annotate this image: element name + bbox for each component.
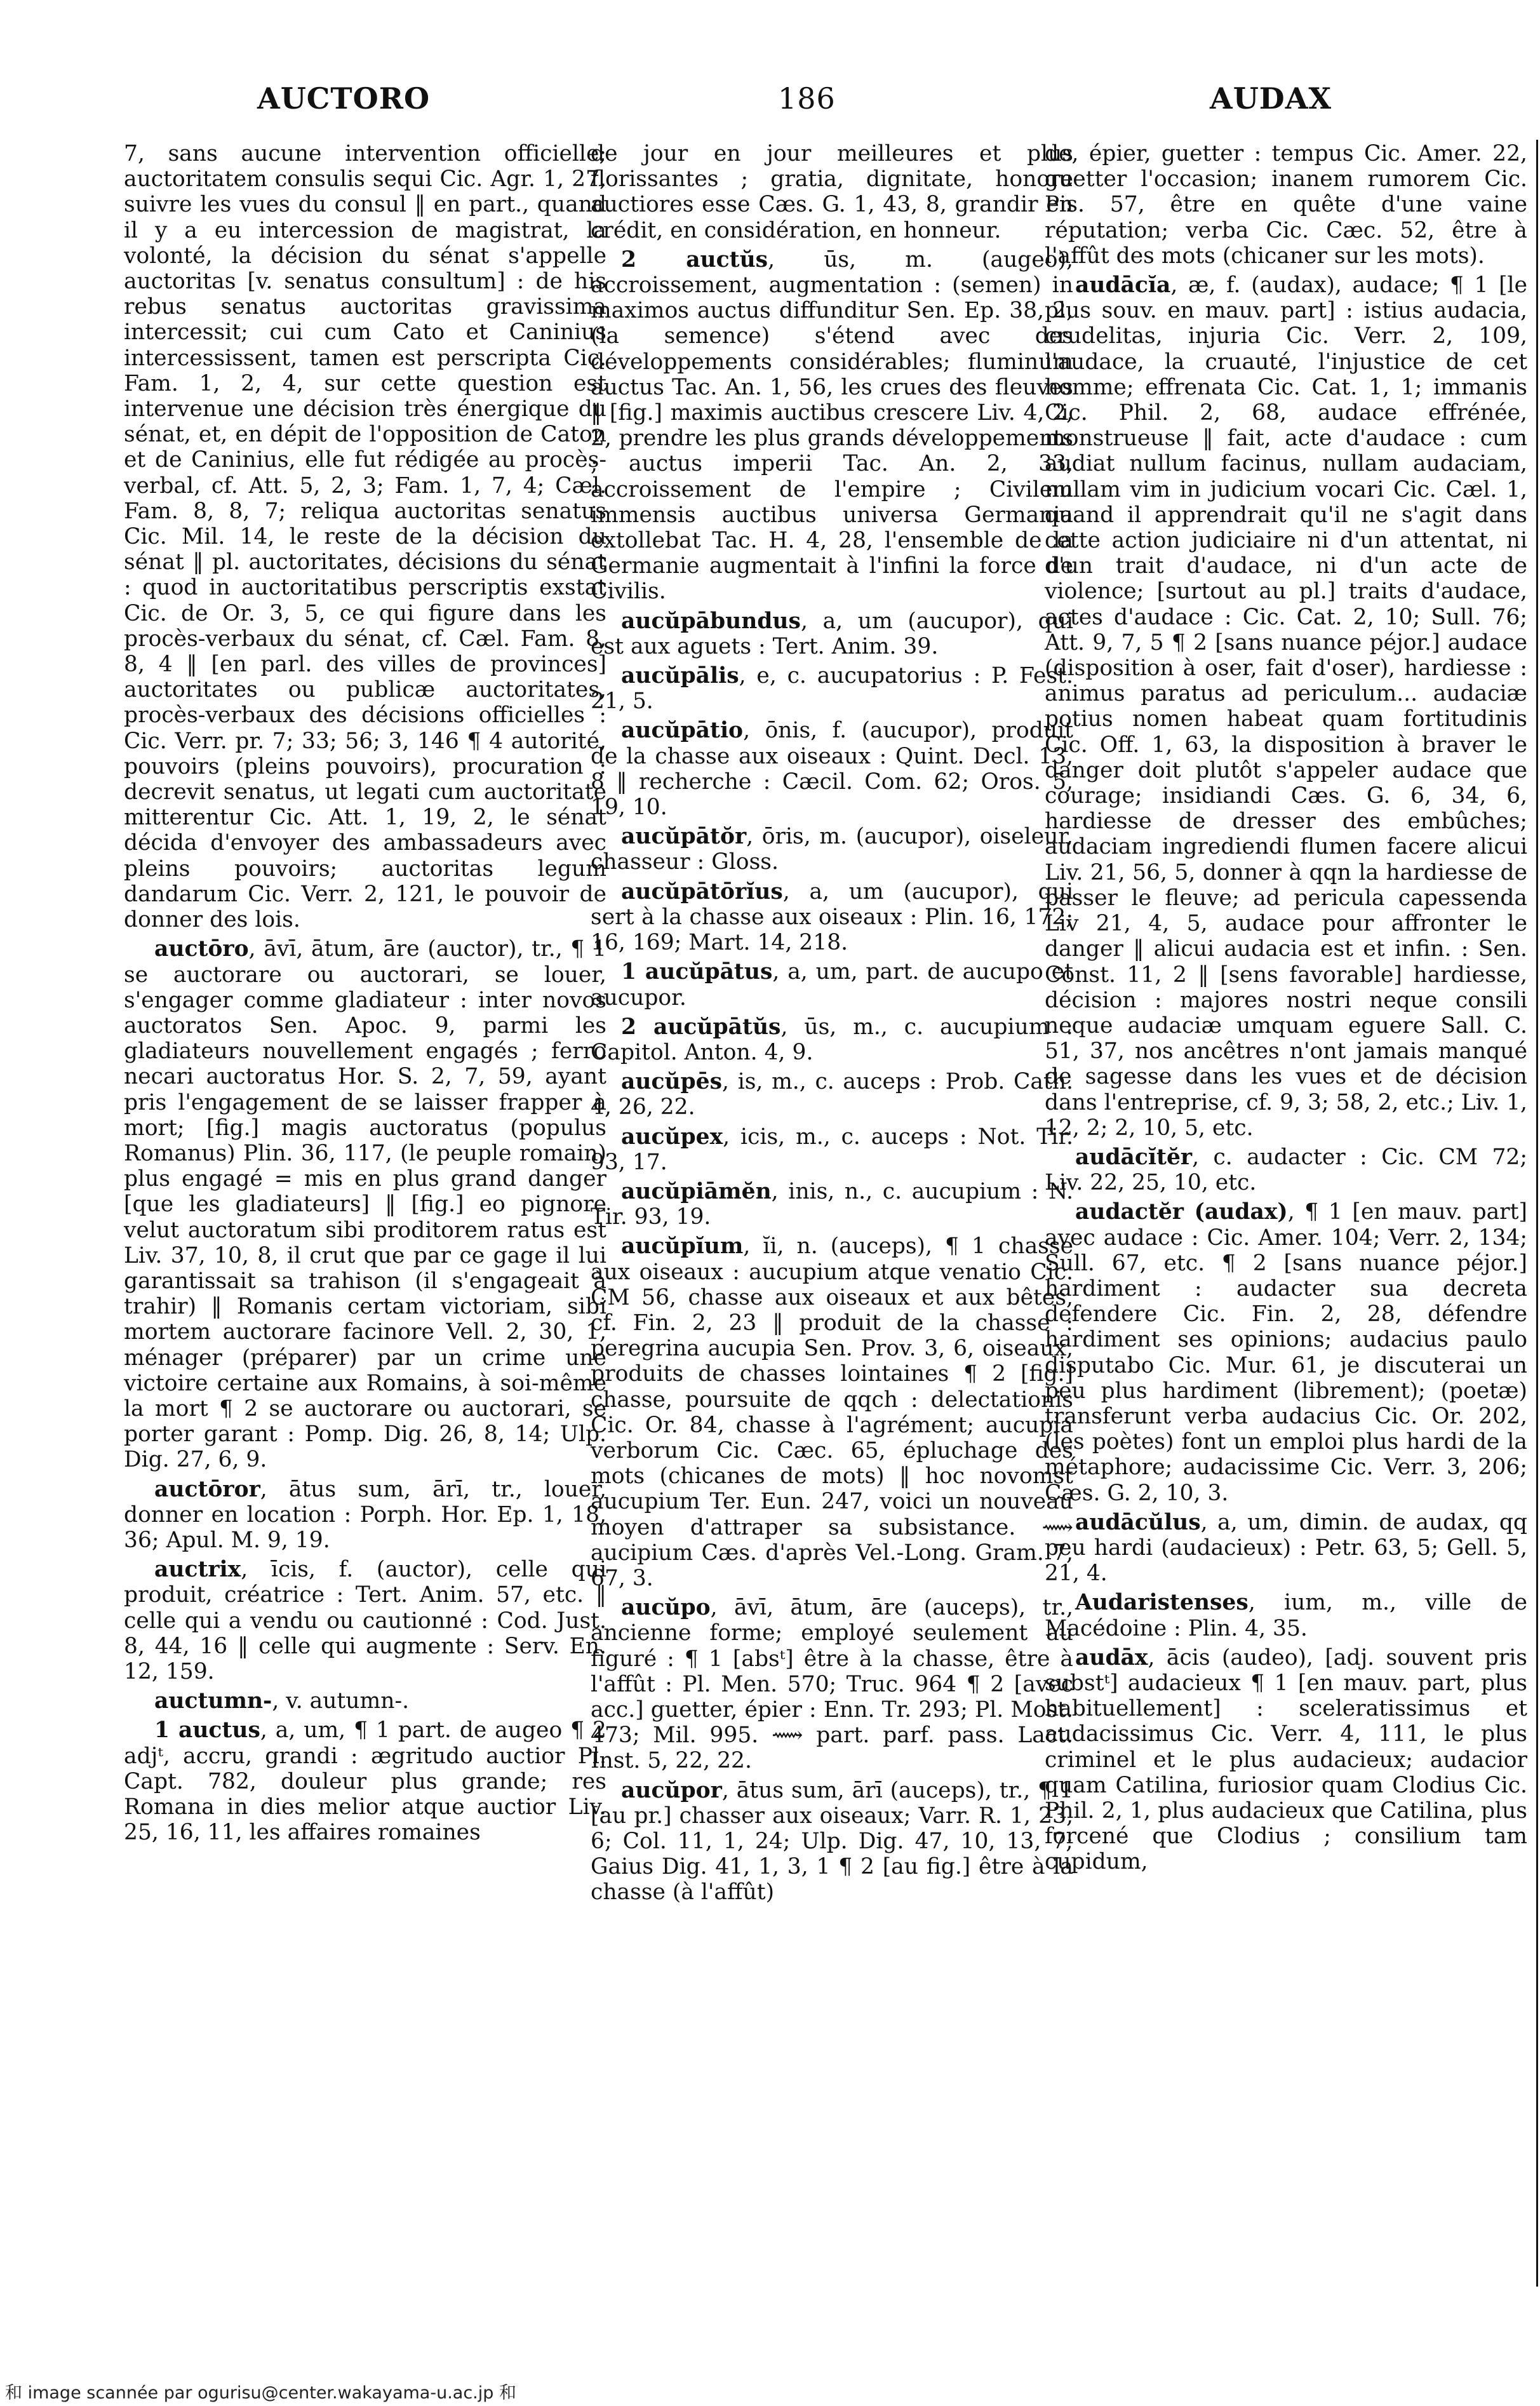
headword: aucŭpātŏr xyxy=(621,824,746,849)
headword: audācĭa xyxy=(1075,272,1170,298)
running-head-left: AUCTORO xyxy=(257,81,430,116)
headword: auctumn- xyxy=(154,1688,272,1714)
column-3: de, épier, guetter : tempus Cic. Amer. 2… xyxy=(1045,141,1527,1879)
dictionary-entry: audactĕr (audax), ¶ 1 [en mauv. part] av… xyxy=(1045,1199,1527,1505)
running-head-right: AUDAX xyxy=(1210,81,1332,116)
dictionary-entry: 2 aucŭpātŭs, ūs, m., c. aucupium : Capit… xyxy=(591,1014,1073,1065)
column-2: de jour en jour meilleures et plus flori… xyxy=(591,141,1073,1909)
dictionary-entry: aucŭpātio, ōnis, f. (aucupor), produit d… xyxy=(591,718,1073,820)
headword: audācŭlus xyxy=(1075,1510,1201,1535)
dictionary-entry: aucŭpor, ātus sum, ārī (auceps), tr., ¶ … xyxy=(591,1778,1073,1905)
headword: aucŭpiāmĕn xyxy=(621,1179,772,1204)
scan-credit-footer: 和 image scannée par ogurisu@center.wakay… xyxy=(5,2379,516,2403)
dictionary-entry: aucŭpĭum, ĭi, n. (auceps), ¶ 1 chasse au… xyxy=(591,1233,1073,1591)
dictionary-entry: Audaristenses, ium, m., ville de Macédoi… xyxy=(1045,1590,1527,1641)
dictionary-entry: auctrix, īcis, f. (auctor), celle qui pr… xyxy=(124,1557,606,1684)
dictionary-entry: 7, sans aucune intervention officielle; … xyxy=(124,141,606,932)
headword: aucŭpābundus xyxy=(621,608,801,634)
dictionary-entry: 1 aucŭpātus, a, um, part. de aucupo et a… xyxy=(591,959,1073,1010)
dictionary-entry: aucŭpālis, e, c. aucupatorius : P. Fest.… xyxy=(591,663,1073,714)
dictionary-entry: auctumn-, v. autumn-. xyxy=(124,1688,606,1714)
dictionary-entry: aucŭpiāmĕn, inis, n., c. aucupium : N. T… xyxy=(591,1179,1073,1230)
dictionary-entry: de, épier, guetter : tempus Cic. Amer. 2… xyxy=(1045,141,1527,269)
headword: aucŭpo xyxy=(621,1595,711,1620)
headword: aucŭpor xyxy=(621,1778,722,1803)
headword: auctōror xyxy=(154,1477,260,1502)
page-number: 186 xyxy=(778,81,836,116)
page-edge-divider xyxy=(1536,140,1538,2287)
headword: Audaristenses xyxy=(1075,1590,1249,1615)
dictionary-entry: aucŭpo, āvī, ātum, āre (auceps), tr., an… xyxy=(591,1595,1073,1773)
dictionary-entry: audācĭtĕr, c. audacter : Cic. CM 72; Liv… xyxy=(1045,1145,1527,1195)
headword: 2 aucŭpātŭs xyxy=(621,1014,780,1040)
dictionary-entry: aucŭpābundus, a, um (aucupor), qui est a… xyxy=(591,608,1073,659)
dictionary-entry: aucŭpex, icis, m., c. auceps : Not. Tir.… xyxy=(591,1124,1073,1175)
dictionary-entry: auctōror, ātus sum, ārī, tr., louer, don… xyxy=(124,1477,606,1554)
dictionary-entry: aucŭpātōrĭus, a, um (aucupor), qui sert … xyxy=(591,879,1073,956)
dictionary-entry: aucŭpātŏr, ōris, m. (aucupor), oiseleur,… xyxy=(591,824,1073,875)
dictionary-entry: 1 auctus, a, um, ¶ 1 part. de augeo ¶ 2 … xyxy=(124,1717,606,1845)
dictionary-entry: audāx, ācis (audeo), [adj. souvent pris … xyxy=(1045,1645,1527,1875)
headword: aucŭpēs xyxy=(621,1069,722,1094)
headword: audactĕr (audax) xyxy=(1075,1199,1288,1225)
dictionary-entry: auctōro, āvī, ātum, āre (auctor), tr., ¶… xyxy=(124,936,606,1472)
headword: aucŭpex xyxy=(621,1124,723,1150)
headword: aucŭpātio xyxy=(621,718,743,743)
headword: aucŭpĭum xyxy=(621,1233,743,1259)
headword: auctrix xyxy=(154,1557,241,1582)
headword: aucŭpālis xyxy=(621,663,739,689)
dictionary-entry: de jour en jour meilleures et plus flori… xyxy=(591,141,1073,243)
dictionary-entry: audācĭa, æ, f. (audax), audace; ¶ 1 [le … xyxy=(1045,272,1527,1141)
dictionary-entry: audācŭlus, a, um, dimin. de audax, qq pe… xyxy=(1045,1510,1527,1587)
headword: audācĭtĕr xyxy=(1075,1145,1192,1170)
headword: auctōro xyxy=(154,936,249,962)
dictionary-entry: aucŭpēs, is, m., c. auceps : Prob. Cath.… xyxy=(591,1069,1073,1120)
headword: 1 aucŭpātus xyxy=(621,959,772,985)
headword: audāx xyxy=(1075,1645,1148,1670)
headword: 2 auctŭs xyxy=(621,247,768,272)
dictionary-entry: 2 auctŭs, ūs, m. (augeo), accroissement,… xyxy=(591,247,1073,605)
headword: 1 auctus xyxy=(154,1717,260,1743)
column-1: 7, sans aucune intervention officielle; … xyxy=(124,141,606,1849)
headword: aucŭpātōrĭus xyxy=(621,879,783,904)
